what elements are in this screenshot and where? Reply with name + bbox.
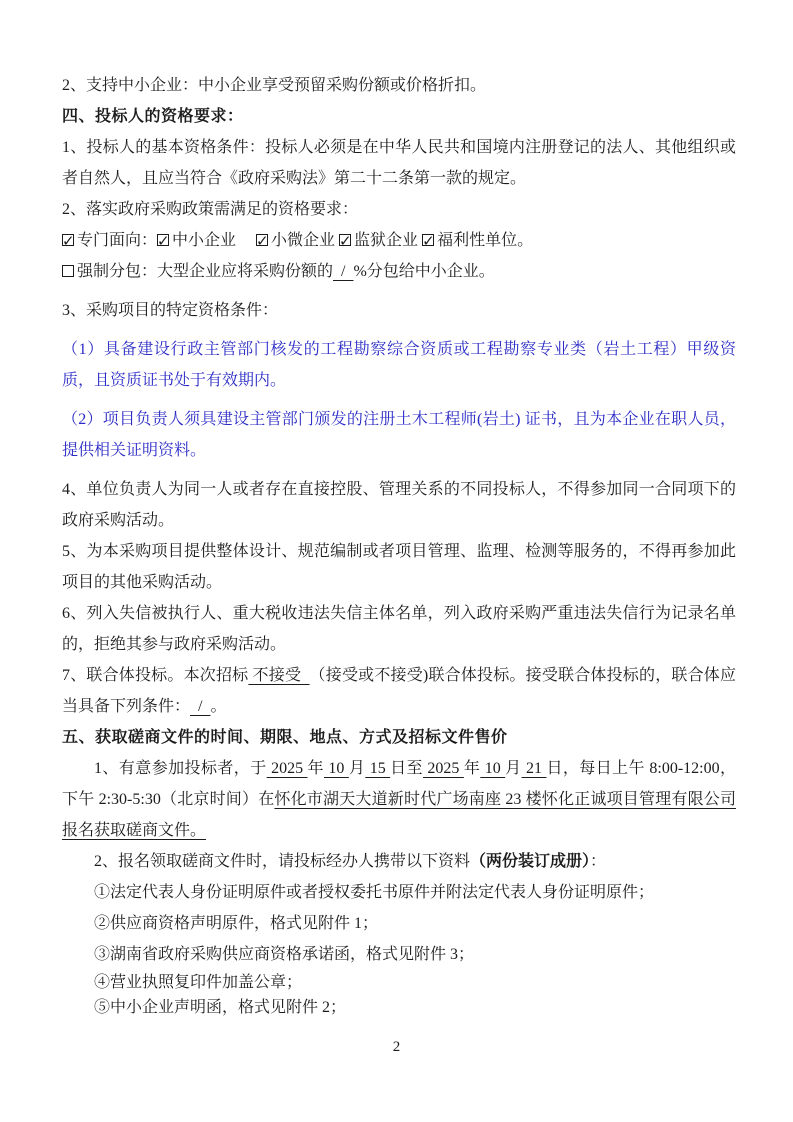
text-segment: 1、投标人的基本资格条件：投标人必须是在中华人民共和国境内注册登记的法人、其他组… <box>62 139 736 187</box>
text-segment: ②供应商资格声明原件，格式见附件 1； <box>94 915 378 932</box>
text-segment: 强制分包：大型企业应将采购份额的 <box>77 263 333 280</box>
text-segment: 5、为本采购项目提供整体设计、规范编制或者项目管理、监理、检测等服务的，不得再参… <box>62 543 736 591</box>
text-segment: 2025 <box>423 760 464 777</box>
text-segment: ①法定代表人身份证明原件或者授权委托书原件并附法定代表人身份证明原件； <box>94 884 654 901</box>
material-item-3: ③湖南省政府采购供应商资格承诺函，格式见附件 3； <box>62 939 736 970</box>
clause-targeted-procurement: 专门面向：中小企业 小微企业 监狱企业 福利性单位。 <box>62 225 736 256</box>
clause-document-acquisition: 1、有意参加投标者，于 2025 年 10 月 15 日至 2025 年 10 … <box>62 753 736 846</box>
page-number: 2 <box>0 1039 793 1056</box>
text-segment: （1）具备建设行政主管部门核发的工程勘察综合资质或工程勘察专业类（岩土工程）甲级… <box>62 341 736 389</box>
section-5-heading: 五、获取磋商文件的时间、期限、地点、方式及招标文件售价 <box>62 722 736 753</box>
section-4-heading: 四、投标人的资格要求： <box>62 101 736 132</box>
material-item-4: ④营业执照复印件加盖公章； <box>62 970 736 995</box>
text-segment: ： <box>590 853 606 870</box>
checkbox-checked-icon <box>157 234 169 246</box>
document-body: 2、支持中小企业：中小企业享受预留采购份额或价格折扣。四、投标人的资格要求：1、… <box>62 70 736 1020</box>
text-segment: / <box>190 698 210 715</box>
checkbox-checked-icon <box>339 234 351 246</box>
clause-registration-materials: 2、报名领取磋商文件时，请投标经办人携带以下资料（两份装订成册）： <box>62 846 736 877</box>
text-segment: 10 <box>480 760 505 777</box>
text-segment: ④营业执照复印件加盖公章； <box>94 974 302 991</box>
text-segment: 五、获取磋商文件的时间、期限、地点、方式及招标文件售价 <box>62 729 508 746</box>
checkbox-checked-icon <box>422 234 434 246</box>
text-segment: 4、单位负责人为同一人或者存在直接控股、管理关系的不同投标人，不得参加同一合同项… <box>62 481 736 529</box>
clause-mandatory-subcontract: 强制分包：大型企业应将采购份额的 / %分包给中小企业。 <box>62 256 736 287</box>
text-segment: 3、采购项目的特定资格条件： <box>62 302 278 319</box>
clause-project-leader-cert: （2）项目负责人须具建设主管部门颁发的注册土木工程师(岩土) 证书，且为本企业在… <box>62 404 736 466</box>
text-segment: 2、报名领取磋商文件时，请投标经办人携带以下资料 <box>94 853 470 870</box>
text-segment: %分包给中小企业。 <box>353 263 494 280</box>
clause-sme-support: 2、支持中小企业：中小企业享受预留采购份额或价格折扣。 <box>62 70 736 101</box>
text-segment: 年 <box>464 760 480 777</box>
text-segment: 1、有意参加投标者，于 <box>94 760 267 777</box>
text-segment: 21 <box>522 760 547 777</box>
text-segment: 2025 <box>267 760 308 777</box>
text-segment: 15 <box>365 760 390 777</box>
text-segment: 2、支持中小企业：中小企业享受预留采购份额或价格折扣。 <box>62 77 486 94</box>
text-segment: 专门面向： <box>77 232 157 249</box>
text-segment: 中小企业 <box>172 232 256 249</box>
text-segment: 监狱企业 <box>354 232 422 249</box>
text-segment: 。 <box>210 698 226 715</box>
material-item-2: ②供应商资格声明原件，格式见附件 1； <box>62 908 736 939</box>
text-segment: 6、列入失信被执行人、重大税收违法失信主体名单，列入政府采购严重违法失信行为记录… <box>62 605 736 653</box>
text-segment: 月 <box>505 760 521 777</box>
text-segment: / <box>333 263 353 280</box>
text-segment: 10 <box>324 760 349 777</box>
text-segment: 日至 <box>390 760 423 777</box>
text-segment: 2、落实政府采购政策需满足的资格要求： <box>62 201 358 218</box>
clause-basic-qualification: 1、投标人的基本资格条件：投标人必须是在中华人民共和国境内注册登记的法人、其他组… <box>62 132 736 194</box>
text-segment: （2）项目负责人须具建设主管部门颁发的注册土木工程师(岩土) 证书，且为本企业在… <box>62 411 736 459</box>
text-segment: 小微企业 <box>271 232 339 249</box>
text-segment: ③湖南省政府采购供应商资格承诺函，格式见附件 3； <box>94 946 474 963</box>
material-item-5: ⑤中小企业声明函，格式见附件 2； <box>62 995 736 1020</box>
clause-dishonesty-list: 6、列入失信被执行人、重大税收违法失信主体名单，列入政府采购严重违法失信行为记录… <box>62 598 736 660</box>
text-segment: 福利性单位。 <box>437 232 533 249</box>
text-segment: 月 <box>349 760 365 777</box>
text-segment: （两份装订成册） <box>470 853 590 870</box>
text-segment: 7、联合体投标。本次招标 <box>62 667 248 684</box>
material-item-1: ①法定代表人身份证明原件或者授权委托书原件并附法定代表人身份证明原件； <box>62 877 736 908</box>
text-segment: 不接受 <box>248 667 309 684</box>
text-segment: ⑤中小企业声明函，格式见附件 2； <box>94 999 346 1016</box>
clause-specific-qualification: 3、采购项目的特定资格条件： <box>62 295 736 326</box>
clause-consortium-bidding: 7、联合体投标。本次招标 不接受 （接受或不接受)联合体投标。接受联合体投标的，… <box>62 660 736 722</box>
clause-design-service-restriction: 5、为本采购项目提供整体设计、规范编制或者项目管理、监理、检测等服务的，不得再参… <box>62 536 736 598</box>
checkbox-checked-icon <box>62 234 74 246</box>
text-segment: 四、投标人的资格要求： <box>62 108 244 125</box>
checkbox-checked-icon <box>256 234 268 246</box>
clause-policy-requirements: 2、落实政府采购政策需满足的资格要求： <box>62 194 736 225</box>
clause-same-leader-restriction: 4、单位负责人为同一人或者存在直接控股、管理关系的不同投标人，不得参加同一合同项… <box>62 474 736 536</box>
clause-survey-qualification: （1）具备建设行政主管部门核发的工程勘察综合资质或工程勘察专业类（岩土工程）甲级… <box>62 334 736 396</box>
text-segment: 年 <box>308 760 324 777</box>
document-page: 2、支持中小企业：中小企业享受预留采购份额或价格折扣。四、投标人的资格要求：1、… <box>0 0 793 1122</box>
checkbox-unchecked-icon <box>62 265 74 277</box>
